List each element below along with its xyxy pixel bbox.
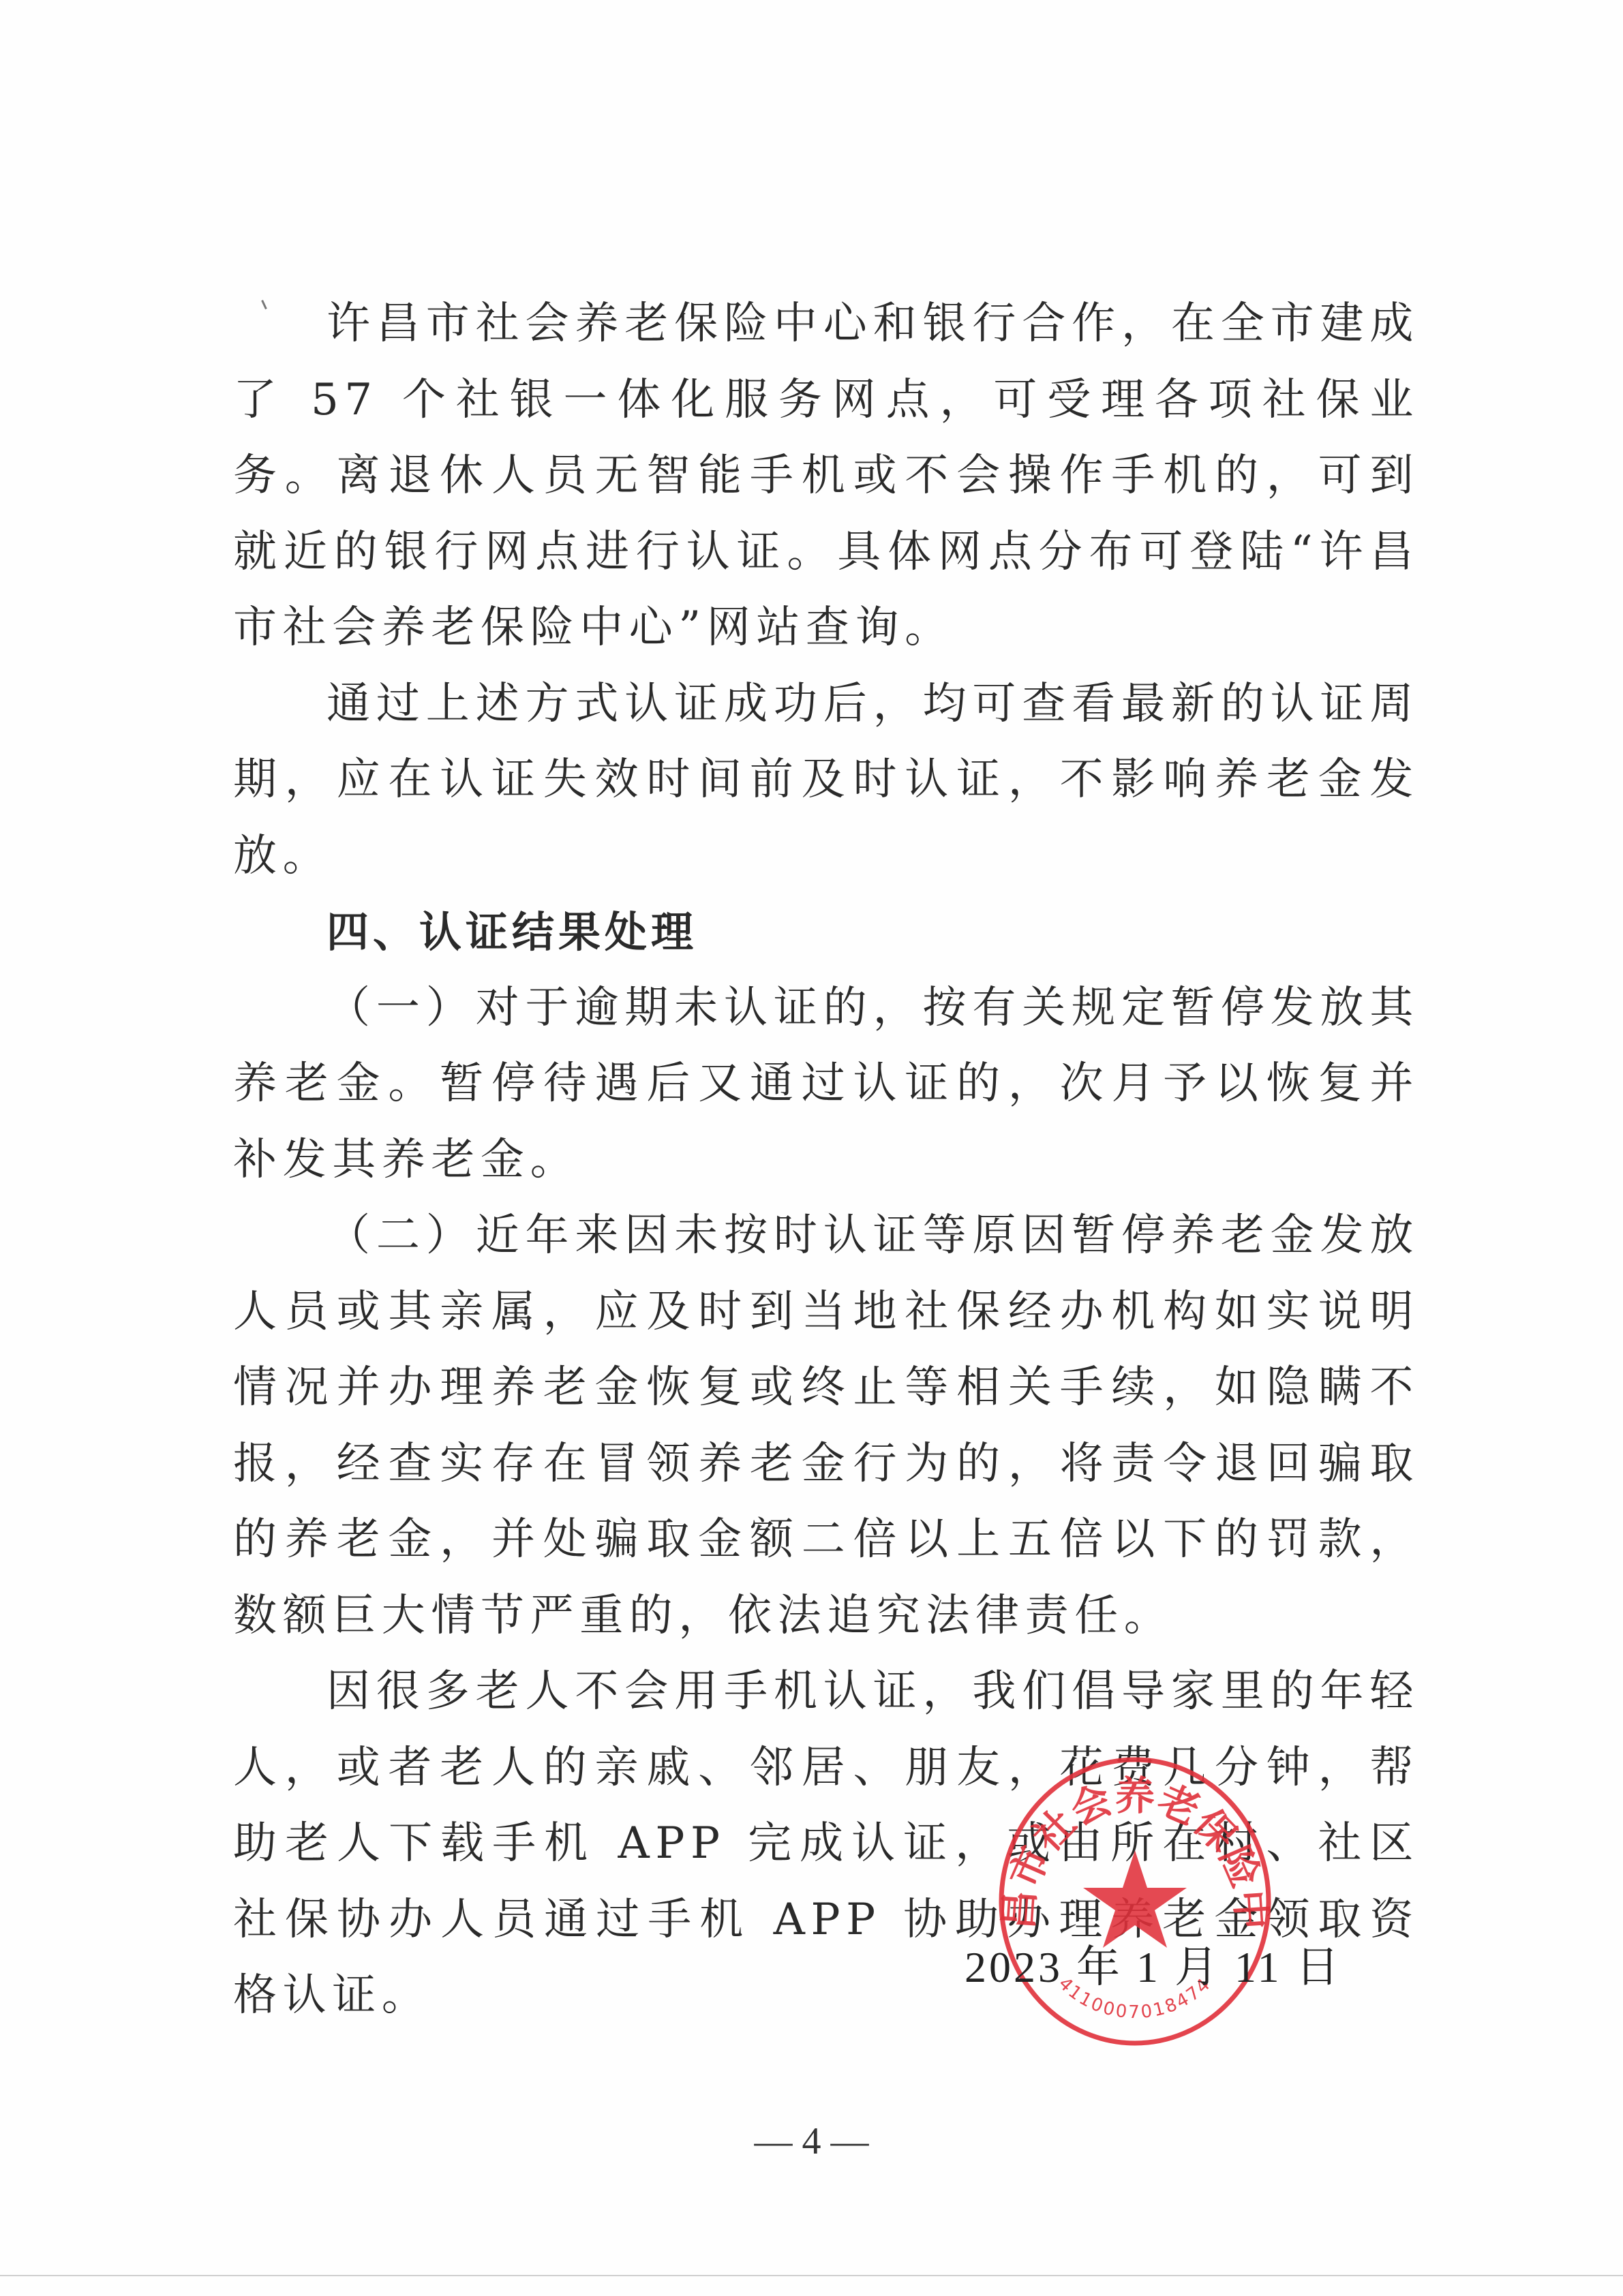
- official-seal-icon: 许昌市社会养老保险中心 4110007018474: [985, 1748, 1285, 2048]
- document-page: 许昌市社会养老保险中心和银行合作，在全市建成了 57 个社银一体化服务网点，可受…: [0, 0, 1623, 2296]
- paragraph-certification-cycle: 通过上述方式认证成功后，均可查看最新的认证周期，应在认证失效时间前及时认证，不影…: [233, 667, 1419, 895]
- document-date: 2023 年 1 月 11 日: [965, 1932, 1342, 1995]
- page-bottom-edge: [0, 2275, 1623, 2276]
- paragraph-item-2: （二）近年来因未按时认证等原因暂停养老金发放人员或其亲属，应及时到当地社保经办机…: [233, 1198, 1419, 1654]
- paragraph-item-1: （一）对于逾期未认证的，按有关规定暂停发放其养老金。暂停待遇后又通过认证的，次月…: [233, 970, 1419, 1199]
- paragraph-bank-outlets: 许昌市社会养老保险中心和银行合作，在全市建成了 57 个社银一体化服务网点，可受…: [233, 286, 1419, 667]
- section-heading: 四、认证结果处理: [233, 894, 1419, 970]
- page-number: — 4 —: [0, 2119, 1623, 2163]
